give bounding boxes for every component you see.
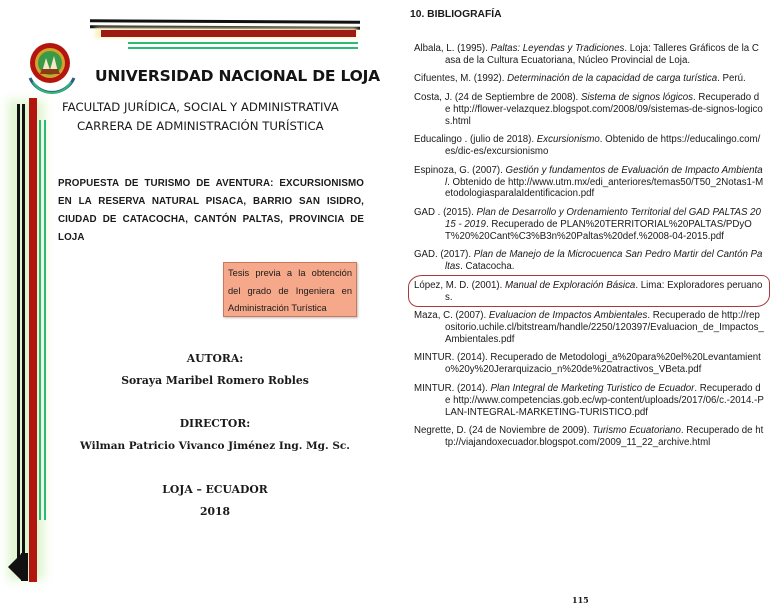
reference-entry: Costa, J. (24 de Septiembre de 2008). Si… (414, 92, 764, 128)
reference-author-date: MINTUR. (2014). Recuperado de Metodologi… (414, 352, 761, 375)
decorative-stripe (90, 19, 360, 23)
reference-entry: Negrette, D. (24 de Noviembre de 2009). … (414, 425, 764, 449)
reference-entry: Cifuentes, M. (1992). Determinación de l… (414, 73, 764, 85)
reference-author-date: GAD. (2017). (414, 249, 474, 260)
thesis-title: PROPUESTA DE TURISMO DE AVENTURA: EXCURS… (58, 175, 364, 247)
decorative-stripe (128, 47, 358, 49)
reference-title: Evaluacion de Impactos Ambientales (489, 310, 648, 321)
reference-source: . Perú. (717, 73, 746, 84)
reference-source: . Recuperado de PLAN%20TERRITORIAL%20PAL… (445, 219, 752, 242)
director-label: DIRECTOR: (50, 417, 380, 430)
reference-author-date: MINTUR. (2014). (414, 383, 490, 394)
reference-author-date: Negrette, D. (24 de Noviembre de 2009). (414, 425, 592, 436)
reference-entry: Albala, L. (1995). Paltas: Leyendas y Tr… (414, 43, 764, 67)
reference-author-date: Espinoza, G. (2007). (414, 165, 506, 176)
reference-source: . Catacocha. (460, 261, 514, 272)
faculty-name: FACULTAD JURÍDICA, SOCIAL Y ADMINISTRATI… (62, 98, 339, 117)
reference-entry: Educalingo . (julio de 2018). Excursioni… (414, 134, 764, 158)
decorative-stripe (44, 120, 46, 520)
reference-entry: GAD . (2015). Plan de Desarrollo y Orden… (414, 207, 764, 243)
author-label: AUTORA: (50, 352, 380, 365)
decorative-stripe (21, 553, 28, 581)
reference-title: Excursionismo (537, 134, 600, 145)
reference-entry: Espinoza, G. (2007). Gestión y fundament… (414, 165, 764, 201)
reference-entry: MINTUR. (2014). Plan Integral de Marketi… (414, 383, 764, 419)
decorative-stripe (39, 120, 41, 520)
reference-entry: MINTUR. (2014). Recuperado de Metodologi… (414, 352, 764, 376)
reference-author-date: GAD . (2015). (414, 207, 476, 218)
decorative-stripe (101, 30, 356, 37)
section-heading: 10. BIBLIOGRAFÍA (410, 9, 502, 20)
decorative-stripe (29, 98, 37, 582)
reference-title: Sistema de signos lógicos (581, 92, 693, 103)
bibliography-page: 10. BIBLIOGRAFÍA Albala, L. (1995). Palt… (395, 0, 774, 609)
reference-list: Albala, L. (1995). Paltas: Leyendas y Tr… (414, 43, 764, 456)
reference-entry: Maza, C. (2007). Evaluacion de Impactos … (414, 310, 764, 346)
reference-title: Manual de Exploración Básica (505, 280, 635, 291)
author-name: Soraya Maribel Romero Robles (50, 374, 380, 387)
reference-author-date: López, M. D. (2001). (414, 280, 505, 291)
reference-author-date: Cifuentes, M. (1992). (414, 73, 507, 84)
degree-note-box: Tesis previa a la obtención del grado de… (223, 262, 357, 317)
reference-source: . Obtenido de http://www.utm.mx/edi_ante… (445, 177, 763, 200)
year: 2018 (50, 505, 380, 518)
reference-title: Determinación de la capacidad de carga t… (507, 73, 717, 84)
thesis-cover-page: UNIVERSIDAD NACIONAL DE LOJA FACULTAD JU… (0, 0, 395, 609)
reference-entry: GAD. (2017). Plan de Manejo de la Microc… (414, 249, 764, 273)
reference-author-date: Costa, J. (24 de Septiembre de 2008). (414, 92, 581, 103)
reference-entry-highlighted: López, M. D. (2001). Manual de Exploraci… (414, 280, 764, 304)
director-name: Wilman Patricio Vivanco Jiménez Ing. Mg.… (50, 440, 380, 452)
reference-author-date: Educalingo . (julio de 2018). (414, 134, 537, 145)
decorative-stripe (17, 104, 20, 564)
reference-title: Plan Integral de Marketing Turistico de … (490, 383, 694, 394)
reference-title: Paltas: Leyendas y Tradiciones (490, 43, 624, 54)
university-name: UNIVERSIDAD NACIONAL DE LOJA (95, 67, 380, 85)
reference-title: Turismo Ecuatoriano (592, 425, 681, 436)
place: LOJA – ECUADOR (50, 483, 380, 496)
arrow-left-icon (8, 553, 22, 581)
page-number: 115 (572, 595, 589, 605)
reference-author-date: Maza, C. (2007). (414, 310, 489, 321)
decorative-stripe (128, 42, 358, 44)
career-name: CARRERA DE ADMINISTRACIÓN TURÍSTICA (77, 117, 324, 136)
decorative-stripe (22, 104, 25, 564)
reference-author-date: Albala, L. (1995). (414, 43, 490, 54)
university-seal-icon (24, 38, 80, 94)
